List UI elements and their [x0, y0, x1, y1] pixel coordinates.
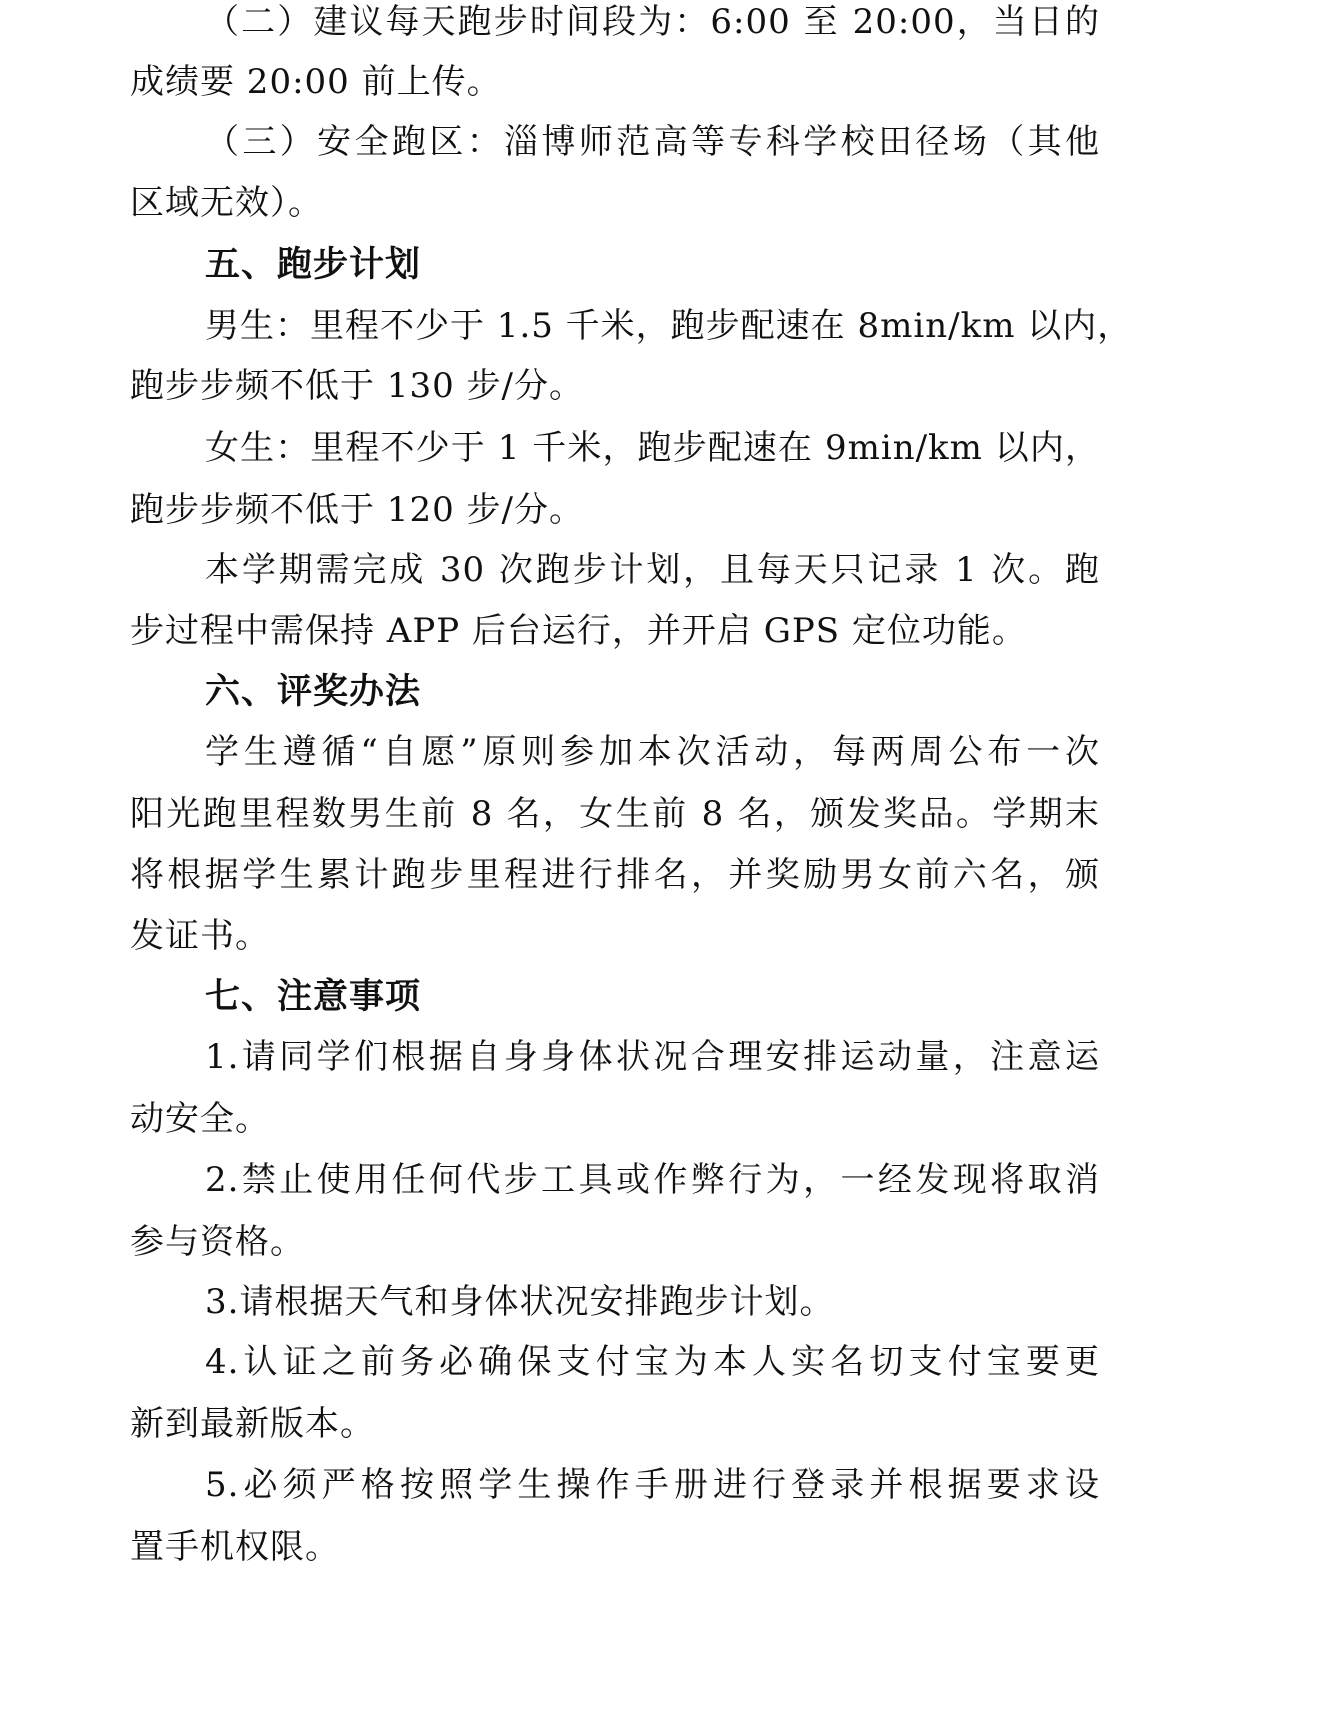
list-item-line: 新到最新版本。 [130, 1404, 1100, 1464]
paragraph-line: （三）安全跑区：淄博师范高等专科学校田径场（其他 [205, 122, 1100, 182]
list-item-line: 5.必须严格按照学生操作手册进行登录并根据要求设 [205, 1465, 1100, 1525]
paragraph-line: 阳光跑里程数男生前 8 名，女生前 8 名，颁发奖品。学期末 [130, 794, 1100, 854]
section-heading-notes: 七、注意事项 [205, 977, 421, 1037]
list-item-line: 1.请同学们根据自身身体状况合理安排运动量，注意运 [205, 1037, 1100, 1097]
section-heading-running-plan: 五、跑步计划 [205, 245, 421, 305]
list-item-line: 参与资格。 [130, 1222, 1100, 1282]
paragraph-line: 本学期需完成 30 次跑步计划，且每天只记录 1 次。跑 [205, 550, 1100, 610]
list-item-line: 置手机权限。 [130, 1527, 1100, 1587]
paragraph-line: 将根据学生累计跑步里程进行排名，并奖励男女前六名，颁 [130, 855, 1100, 915]
paragraph-line: 发证书。 [130, 916, 1100, 976]
paragraph-line: 男生：里程不少于 1.5 千米，跑步配速在 8min/km 以内， [205, 306, 1100, 366]
paragraph-line: 步过程中需保持 APP 后台运行，并开启 GPS 定位功能。 [130, 611, 1100, 671]
paragraph-line: 跑步步频不低于 120 步/分。 [130, 490, 1100, 550]
list-item-line: 3.请根据天气和身体状况安排跑步计划。 [205, 1282, 1100, 1342]
paragraph-line: （二）建议每天跑步时间段为：6:00 至 20:00，当日的 [205, 2, 1100, 62]
list-item-line: 2.禁止使用任何代步工具或作弊行为，一经发现将取消 [205, 1160, 1100, 1220]
list-item-line: 动安全。 [130, 1099, 1100, 1159]
paragraph-line: 跑步步频不低于 130 步/分。 [130, 366, 1100, 426]
paragraph-line: 女生：里程不少于 1 千米，跑步配速在 9min/km 以内， [205, 428, 1100, 488]
document-page: （二）建议每天跑步时间段为：6:00 至 20:00，当日的 成绩要 20:00… [0, 0, 1320, 1710]
section-heading-award-method: 六、评奖办法 [205, 672, 421, 732]
paragraph-line: 区域无效）。 [130, 183, 1100, 243]
paragraph-line: 成绩要 20:00 前上传。 [130, 62, 1100, 122]
list-item-line: 4.认证之前务必确保支付宝为本人实名切支付宝要更 [205, 1342, 1100, 1402]
paragraph-line: 学生遵循“自愿”原则参加本次活动，每两周公布一次 [205, 732, 1100, 792]
